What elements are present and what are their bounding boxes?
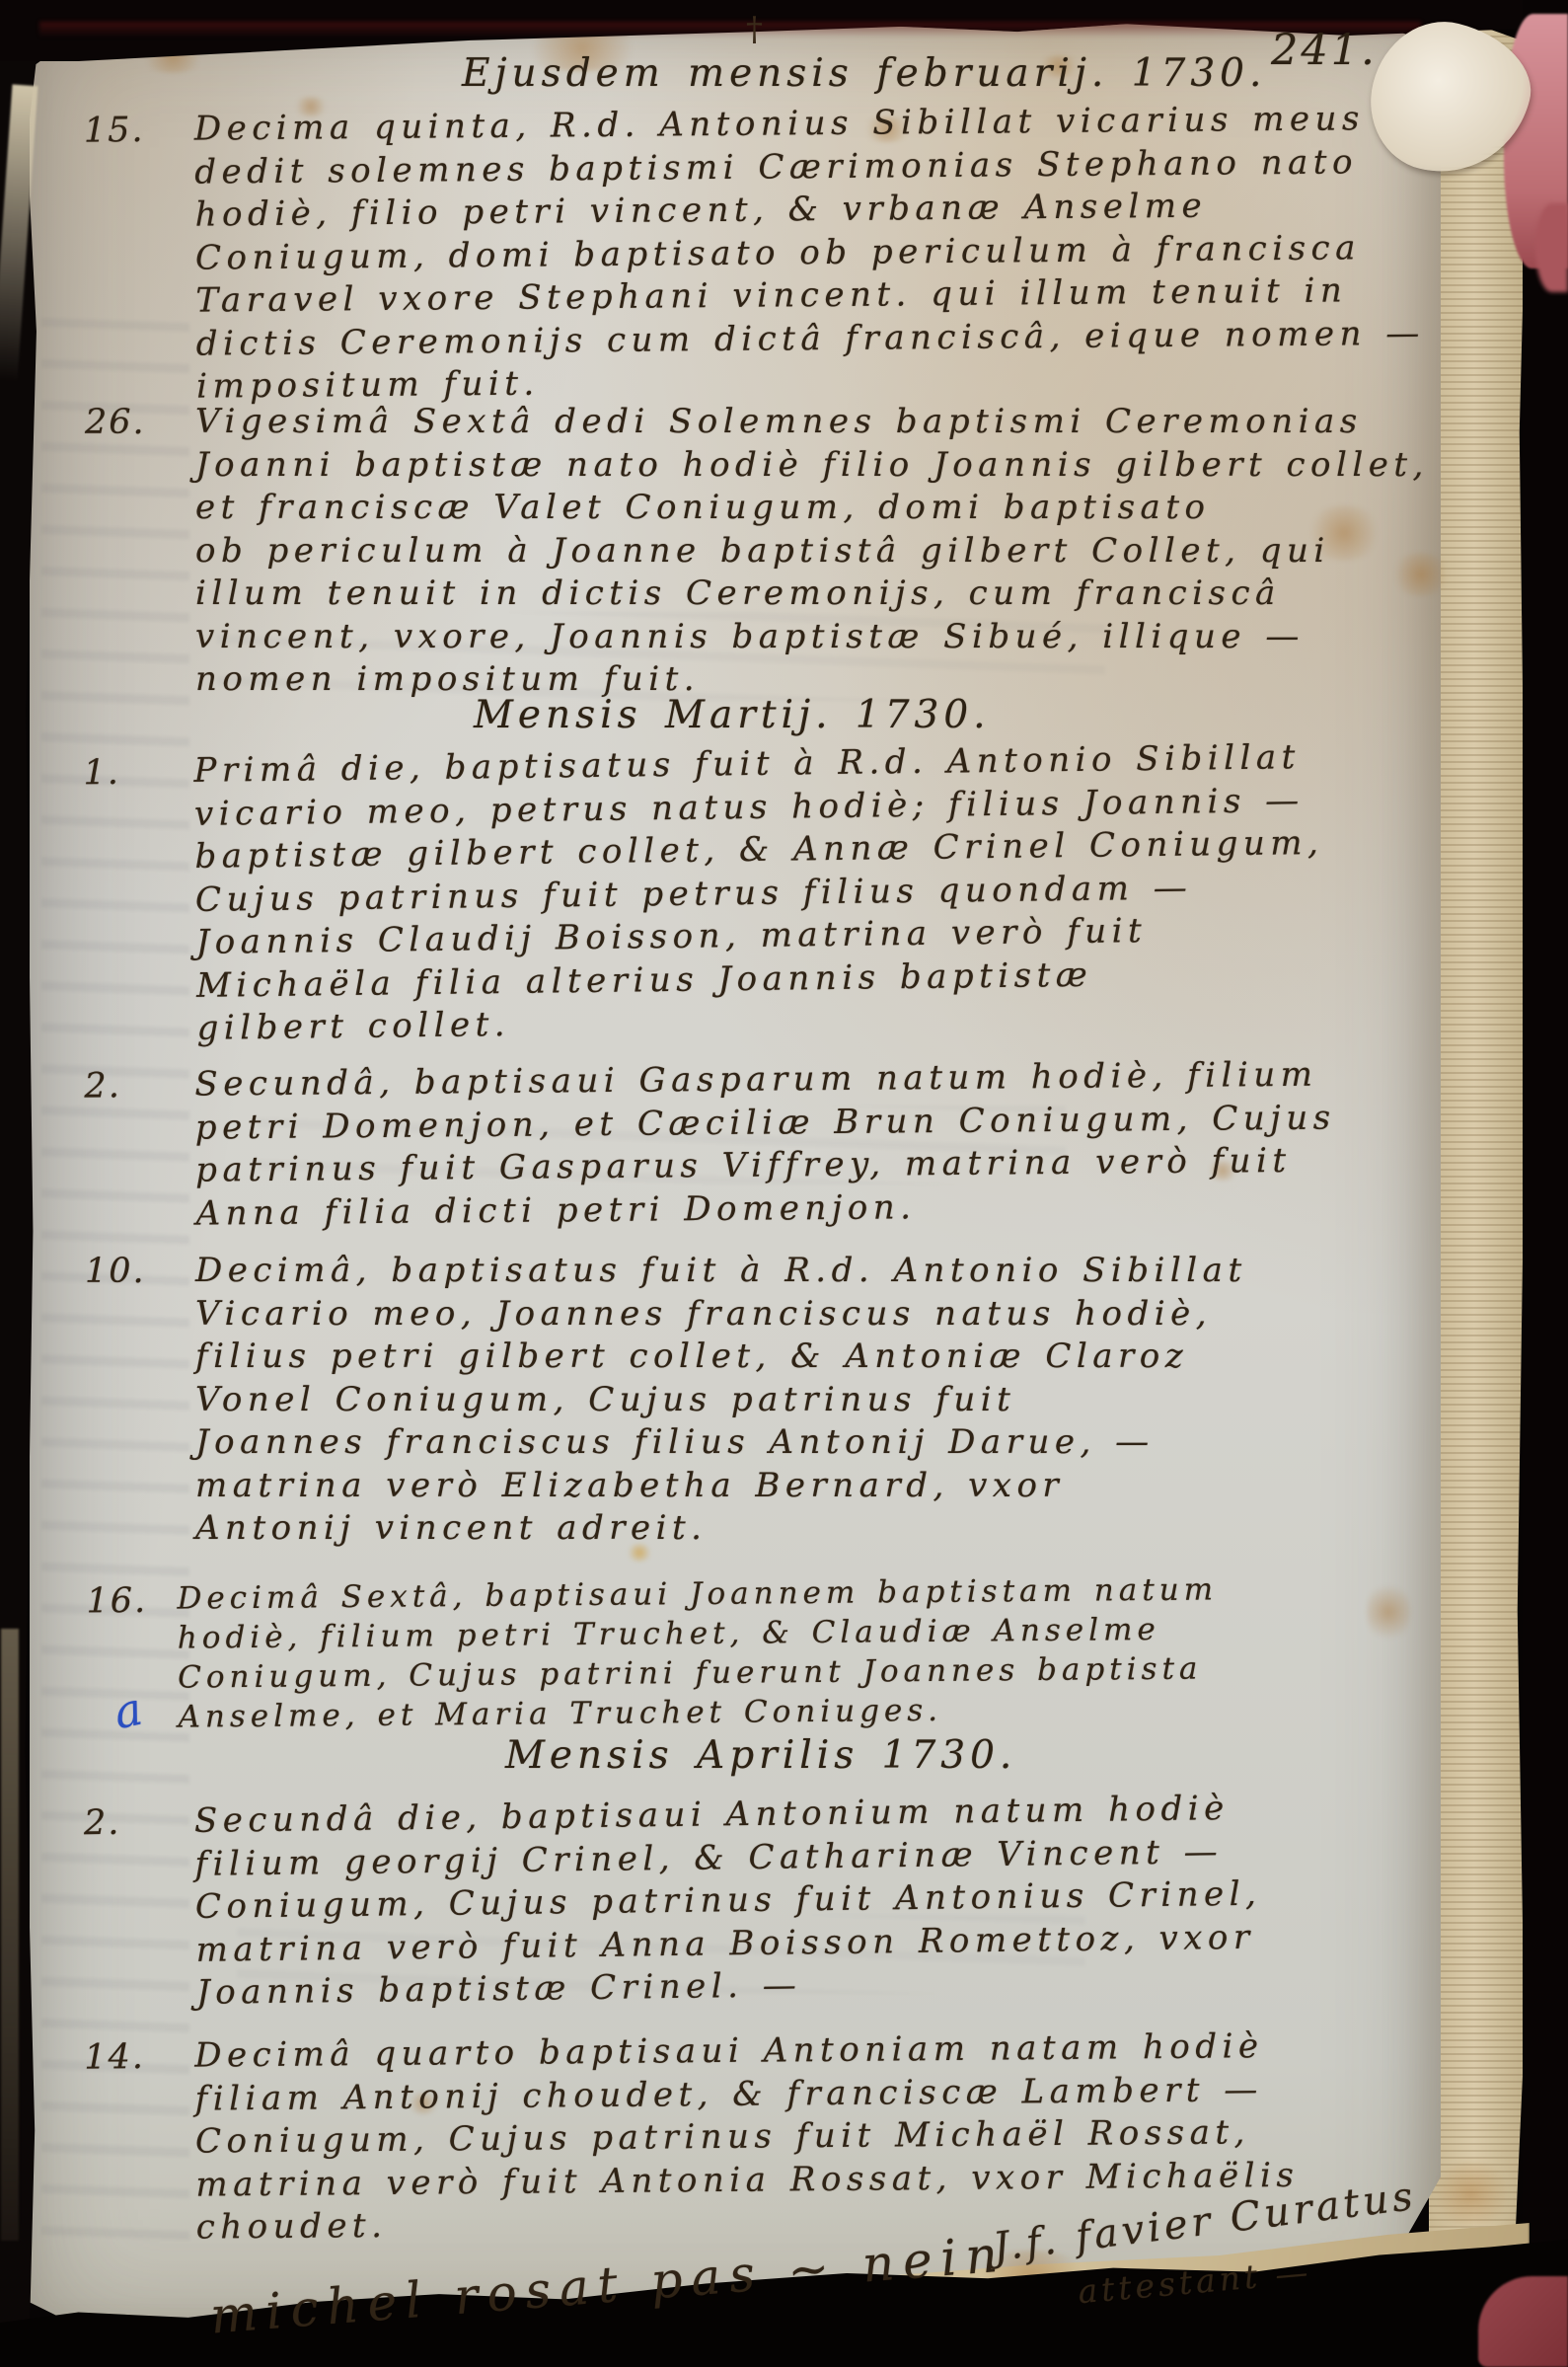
entry-line: Vicario meo, Joannes franciscus natus ho… (195, 1293, 1468, 1336)
baptism-entry: 26. Vigesimâ Sextâ dedi Solemnes baptism… (195, 401, 1468, 702)
entry-line: ob periculum à Joanne baptistâ gilbert C… (195, 530, 1468, 573)
baptism-entry: 2. Secundâ, baptisaui Gasparum natum hod… (194, 1052, 1468, 1235)
section-header-february: Ejusdem mensis februarij. 1730. (462, 51, 1266, 96)
entry-line: Joanni baptistæ nato hodiè filio Joannis… (195, 444, 1468, 488)
entry-day-number: 26. (85, 403, 146, 442)
entry-day-number: 10. (85, 1252, 146, 1291)
finger-top-right-lower (1535, 203, 1568, 292)
baptism-entry: 2. Secundâ die, baptisaui Antonium natum… (194, 1785, 1470, 2015)
entry-day-number: 2. (84, 1066, 121, 1106)
entry-line: Vigesimâ Sextâ dedi Solemnes baptismi Ce… (195, 401, 1468, 444)
entry-line: Antonij vincent adreit. (195, 1507, 1468, 1551)
entry-day-number: 14. (84, 2037, 145, 2078)
entry-day-number: 2. (84, 1803, 121, 1843)
manuscript-photo: { "page_number": "241.", "cross": "†", "… (0, 0, 1568, 2367)
cross-mark: † (746, 10, 763, 49)
entry-line: Joannes franciscus filius Antonij Darue,… (195, 1421, 1468, 1465)
entry-line: Decimâ, baptisatus fuit à R.d. Antonio S… (195, 1250, 1468, 1293)
section-header-march: Mensis Martij. 1730. (474, 693, 991, 737)
entry-line: Vonel Coniugum, Cujus patrinus fuit (195, 1379, 1468, 1422)
entry-day-number: 1. (83, 753, 120, 793)
page-top-edge-shadow (39, 22, 1421, 38)
baptism-entry: 10. Decimâ, baptisatus fuit à R.d. Anton… (195, 1250, 1468, 1551)
entry-line: illum tenuit in dictis Ceremonijs, cum f… (195, 573, 1468, 616)
photo-background-right (1523, 0, 1568, 2367)
entry-day-number: 15. (84, 111, 145, 151)
underlying-page-edge-left-lower (1, 1629, 19, 2241)
baptism-entry: 15. Decima quinta, R.d. Antonius Sibilla… (194, 97, 1470, 409)
entry-day-number: 16. (86, 1581, 147, 1622)
entry-line: filius petri gilbert collet, & Antoniæ C… (195, 1336, 1468, 1379)
entry-line: matrina verò Elizabetha Bernard, vxor (195, 1465, 1468, 1508)
entry-line: et franciscæ Valet Coniugum, domi baptis… (195, 487, 1468, 530)
entry-line: vincent, vxore, Joannis baptistæ Sibué, … (195, 616, 1468, 659)
baptism-entry: 1. Primâ die, baptisatus fuit à R.d. Ant… (193, 734, 1470, 1050)
page-number: 241. (1271, 26, 1378, 75)
section-header-april: Mensis Aprilis 1730. (505, 1733, 1016, 1778)
baptism-entry: 16. Decimâ Sextâ, baptisaui Joannem bapt… (177, 1567, 1451, 1736)
